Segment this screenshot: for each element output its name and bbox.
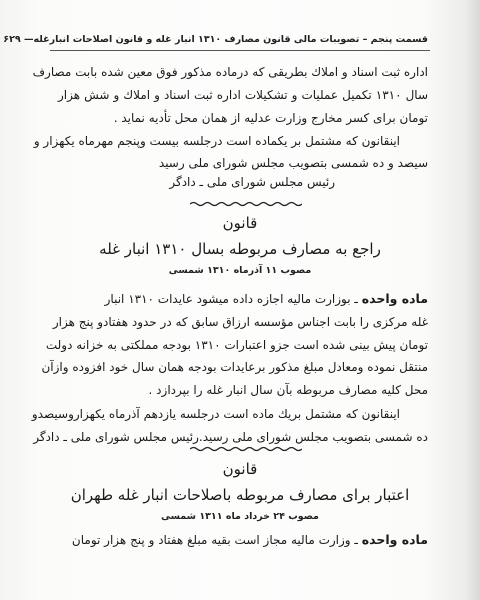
enactment-text: ده شمسى بتصويب مجلس شوراى ملى رسيد.	[199, 429, 428, 445]
header-rule	[50, 50, 430, 51]
law-heading: قانون	[0, 214, 480, 232]
article-line: منتقل نموده ومعادل مبلغ مذكور برعايدات ب…	[58, 359, 428, 375]
article-line: غله مركزى را بابت اجناس مؤسسه ارزاق سابق…	[58, 314, 428, 330]
law-heading: قانون	[0, 460, 480, 478]
article-text: ـ وزارت ماليه مجاز است بقيه مبلغ هفتاد و…	[72, 533, 358, 547]
approval-date: مصوب ۲۴ خرداد ماه ۱۳۱۱ شمسى	[0, 511, 480, 522]
body-line: تومان براى كسر مخارج وزارت عدليه از همان…	[58, 110, 428, 126]
signature: رئيس مجلس شوراى ملى ـ دادگر	[169, 175, 335, 189]
article-line: ماده واحده ـ وزارت ماليه مجاز است بقيه م…	[58, 532, 428, 548]
wavy-divider	[190, 201, 302, 207]
signature: رئيس مجلس شوراى ملى ـ دادگر	[33, 429, 199, 445]
article-label: ماده واحده	[362, 532, 428, 547]
enactment-line: ده شمسى بتصويب مجلس شوراى ملى رسيد. رئيس…	[58, 429, 428, 445]
law-title: راجع به مصارف مربوطه بسال ۱۳۱۰ انبار غله	[0, 240, 480, 258]
article-text: ـ بوزارت ماليه اجازه داده ميشود عايدات ۱…	[105, 292, 358, 306]
page-number: — ۶۲۹ —	[0, 34, 34, 45]
article-label: ماده واحده	[362, 291, 428, 306]
article-line: تومان پيش بينى شده است جزو اعتبارات ۱۳۱۰…	[58, 337, 428, 353]
body-line: اداره ثبت اسناد و املاك بطريقى كه درماده…	[58, 64, 428, 80]
wavy-divider	[190, 446, 302, 452]
article-line: محل كليه مصارف مربوطه بآن سال انبار غله …	[58, 382, 428, 398]
enactment-line: سيصد و ده شمسى بتصويب مجلس شوراى ملى رسي…	[150, 155, 428, 171]
law-title: اعتبار براى مصارف مربوطه باصلاحات انبار …	[0, 486, 480, 504]
body-line: سال ۱۳۱۰ تكميل عمليات و تشكيلات اداره ثب…	[58, 87, 428, 103]
running-header: قسمت پنجم – تصویبات مالی قانون مصارف ۱۳۱…	[52, 34, 428, 45]
running-title: قسمت پنجم – تصویبات مالی قانون مصارف ۱۳۱…	[34, 34, 428, 45]
approval-date: مصوب ۱۱ آذرماه ۱۳۱۰ شمسى	[0, 265, 480, 276]
document-page: قسمت پنجم – تصویبات مالی قانون مصارف ۱۳۱…	[0, 0, 480, 600]
enactment-line: اينقانون كه مشتمل بريك ماده است درجلسه ي…	[58, 406, 400, 422]
enactment-line: اينقانون كه مشتمل بر يكماده است درجلسه ب…	[58, 133, 400, 149]
article-line: ماده واحده ـ بوزارت ماليه اجازه داده ميش…	[170, 291, 428, 307]
